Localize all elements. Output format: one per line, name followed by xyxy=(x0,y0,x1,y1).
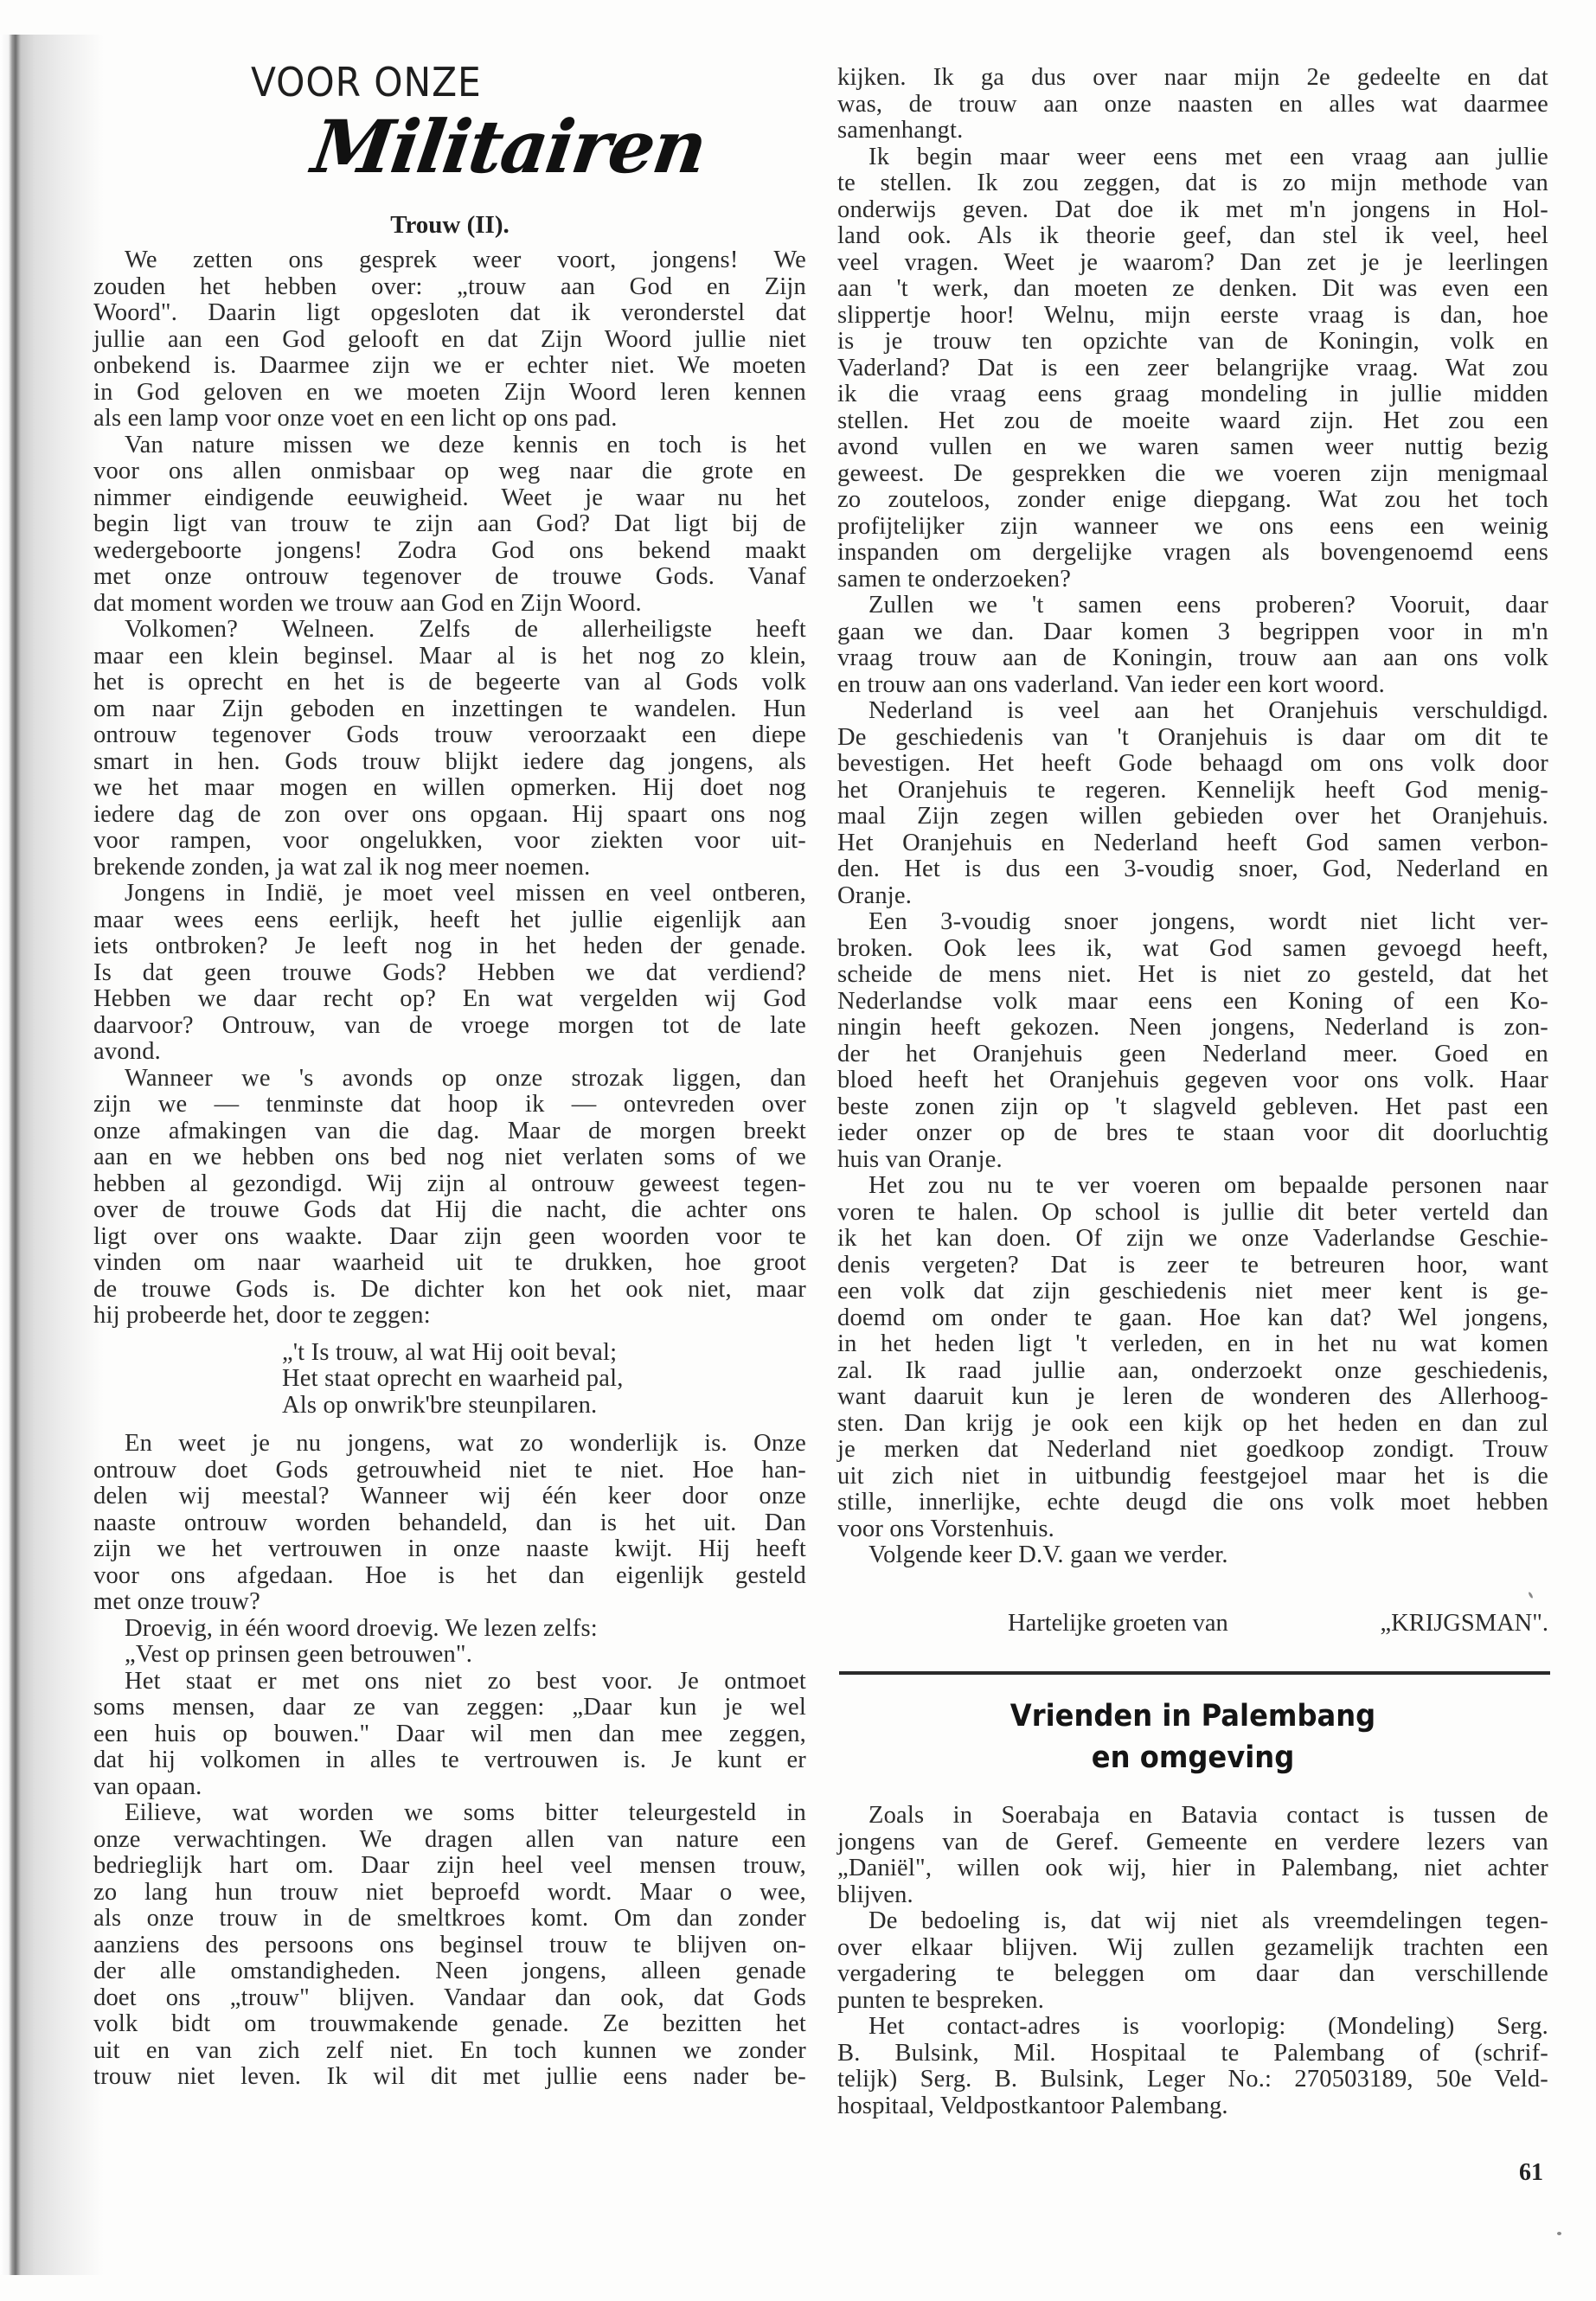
text-line: Wanneer we 's avonds op onze strozak lig… xyxy=(93,1066,806,1093)
poem-line: „'t Is trouw, al wat Hij ooit beval; xyxy=(282,1340,806,1367)
text-line: Zoals in Soerabaja en Batavia contact is… xyxy=(837,1803,1548,1830)
text-line: een huis op bouwen." Daar wil men dan me… xyxy=(93,1721,806,1748)
text-line: Een 3-voudig snoer jongens, wordt niet l… xyxy=(837,909,1548,936)
text-line: zal. Ik raad jullie aan, onderzoekt onze… xyxy=(837,1358,1548,1385)
text-line: veel vragen. Weet je waarom? Dan zet je … xyxy=(837,250,1548,277)
text-line: zo lang hun trouw niet beproefd wordt. M… xyxy=(93,1880,806,1907)
text-line: vraag trouw aan de Koningin, trouw aan a… xyxy=(837,645,1548,672)
text-line: met onze ontrouw tegenover de trouwe God… xyxy=(93,564,806,591)
text-line: het is oprecht en het is de begeerte van… xyxy=(93,670,806,696)
text-line: uit en van zich zelf niet. En toch kunne… xyxy=(93,2038,806,2065)
text-line: ontrouw doet Gods getrouwheid niet te ni… xyxy=(93,1458,806,1484)
text-line: Het contact-adres is voorlopig: (Mondeli… xyxy=(837,2014,1548,2041)
text-line: ik het kan doen. Of zijn we onze Vaderla… xyxy=(837,1226,1548,1253)
text-line: volk bidt om trouwmakende genade. Ze bez… xyxy=(93,2011,806,2038)
text-line: in God geloven en we moeten Zijn Woord l… xyxy=(93,380,806,407)
paragraph: Eilieve, wat worden we soms bitter teleu… xyxy=(93,1800,806,2091)
article-subtitle: Trouw (II). xyxy=(95,211,804,240)
text-line: jullie aan een God gelooft en dat Zijn W… xyxy=(93,327,806,354)
text-line: onbekend is. Daarmee zijn we er echter n… xyxy=(93,353,806,380)
text-line: stellen. Het zou de moeite waard zijn. H… xyxy=(837,408,1548,435)
text-line: ontrouw tegenover Gods trouw veroorzaakt… xyxy=(93,722,806,749)
text-line: de trouwe Gods is. De dichter kon het oo… xyxy=(93,1277,806,1304)
paragraph: Jongens in Indië, je moet veel missen en… xyxy=(93,881,806,1066)
text-line: onderwijs geven. Dat doe ik met m'n jong… xyxy=(837,197,1548,224)
text-line: hij probeerde het, door te zeggen: xyxy=(93,1303,806,1330)
text-line: De bedoeling is, dat wij niet als vreemd… xyxy=(837,1908,1548,1935)
paragraph: Zoals in Soerabaja en Batavia contact is… xyxy=(837,1803,1548,1908)
text-line: wedergeboorte jongens! Zodra God ons bek… xyxy=(93,538,806,565)
text-line: voren te halen. Op school is jullie dit … xyxy=(837,1200,1548,1227)
text-line: soms mensen, daar ze van zeggen: „Daar k… xyxy=(93,1695,806,1721)
text-line: Ik begin maar weer eens met een vraag aa… xyxy=(837,144,1548,171)
text-line: onze verwachtingen. We dragen allen van … xyxy=(93,1827,806,1854)
text-line: hospitaal, Veldpostkantoor Palembang. xyxy=(837,2093,1548,2120)
text-line: brekende zonden, ja wat zal ik nog meer … xyxy=(93,855,806,881)
text-line: „Daniël", willen ook wij, hier in Palemb… xyxy=(837,1856,1548,1882)
text-line: was, de trouw aan onze naasten en alles … xyxy=(837,92,1548,119)
text-line: met onze trouw? xyxy=(93,1589,806,1616)
text-line: zo zouteloos, zonder enige diepgang. Wat… xyxy=(837,487,1548,514)
paragraph: De bedoeling is, dat wij niet als vreemd… xyxy=(837,1908,1548,2014)
paragraph: En weet je nu jongens, wat zo wonderlijk… xyxy=(93,1431,806,1616)
text-line: maar een klein beginsel. Maar al is het … xyxy=(93,644,806,670)
text-line: bedrieglijk hart om. Daar zijn heel veel… xyxy=(93,1853,806,1880)
text-line: denis vergeten? Dat is zeer te betreuren… xyxy=(837,1253,1548,1279)
text-line: maal Zijn zegen willen gebieden over het… xyxy=(837,804,1548,830)
text-line: kijken. Ik ga dus over naar mijn 2e gede… xyxy=(837,65,1548,92)
text-line: bevestigen. Het heeft Gode behaagd om on… xyxy=(837,751,1548,778)
text-line: iets ontbroken? Je leeft nog in het hede… xyxy=(93,933,806,960)
text-line: trouw niet leven. Ik wil dit met jullie … xyxy=(93,2064,806,2091)
text-line: nimmer eindigende eeuwigheid. Weet je wa… xyxy=(93,485,806,512)
text-line: voor ons allen onmisbaar op weg naar die… xyxy=(93,458,806,485)
text-line: der alle omstandigheden. Neen jongens, a… xyxy=(93,1958,806,1985)
text-line: om naar Zijn geboden en inzettingen te w… xyxy=(93,696,806,723)
text-line: het Oranjehuis te regeren. Kennelijk hee… xyxy=(837,778,1548,804)
paragraph: Wanneer we 's avonds op onze strozak lig… xyxy=(93,1066,806,1330)
text-line: vinden om naar waarheid uit te drukken, … xyxy=(93,1250,806,1277)
right-column: kijken. Ik ga dus over naar mijn 2e gede… xyxy=(837,65,1548,1569)
page-number: 61 xyxy=(1519,2159,1543,2187)
paragraph: Ik begin maar weer eens met een vraag aa… xyxy=(837,144,1548,593)
heading-line: en omgeving xyxy=(866,1737,1520,1779)
text-line: inspanden om dergelijke vragen als boven… xyxy=(837,540,1548,567)
text-line: als onze trouw in de smeltkroes komt. Om… xyxy=(93,1906,806,1932)
text-line: uit zich niet in uitbundig feestgejoel m… xyxy=(837,1464,1548,1490)
text-line: een volk dat zijn geschiedenis niet meer… xyxy=(837,1279,1548,1305)
text-line: we het maar mogen en willen opmerken. Hi… xyxy=(93,775,806,802)
text-line: in het heden ligt 't verleden, en in het… xyxy=(837,1331,1548,1358)
text-line: samenhangt. xyxy=(837,118,1548,144)
text-line: profijtelijker zijn wanneer we ons eens … xyxy=(837,514,1548,541)
text-line: zijn we — tenminste dat hoop ik — ontevr… xyxy=(93,1092,806,1118)
text-line: De geschiedenis van 't Oranjehuis is daa… xyxy=(837,725,1548,752)
text-line: Nederland is veel aan het Oranjehuis ver… xyxy=(837,698,1548,725)
text-line: Volkomen? Welneen. Zelfs de allerheiligs… xyxy=(93,617,806,644)
section-title-script: Militairen xyxy=(307,104,711,189)
text-line: begin ligt van trouw te zijn aan God? Da… xyxy=(93,511,806,538)
text-line: sten. Dan krijg je ook een kijk op het h… xyxy=(837,1411,1548,1438)
text-line: voor ons afgedaan. Hoe is het dan eigenl… xyxy=(93,1563,806,1590)
text-line: Jongens in Indië, je moet veel missen en… xyxy=(93,881,806,907)
paragraph: Droevig, in één woord droevig. We lezen … xyxy=(93,1616,806,1669)
text-line: telijk) Serg. B. Bulsink, Leger No.: 270… xyxy=(837,2067,1548,2093)
text-line: dat hij volkomen in alles te vertrouwen … xyxy=(93,1747,806,1774)
text-line: voor ons Vorstenhuis. xyxy=(837,1516,1548,1543)
binding-shadow xyxy=(0,35,104,2275)
signature-greeting: Hartelijke groeten van xyxy=(1008,1611,1228,1638)
text-line: aan 't werk, dan moeten ze denken. Dit w… xyxy=(837,276,1548,303)
text-line: Eilieve, wat worden we soms bitter teleu… xyxy=(93,1800,806,1827)
section-title-prefix: VOOR ONZE xyxy=(251,59,482,106)
text-line: aanziens des persoons ons beginsel trouw… xyxy=(93,1932,806,1959)
text-line: vergadering te beleggen om daar dan vers… xyxy=(837,1961,1548,1988)
section-heading: Vrienden in Palembang en omgeving xyxy=(866,1695,1520,1779)
text-line: Is dat geen trouwe Gods? Hebben we dat v… xyxy=(93,960,806,987)
text-line: van opaan. xyxy=(93,1774,806,1801)
text-line: Hebben we daar recht op? En wat vergelde… xyxy=(93,986,806,1013)
text-line: Vaderland? Dat is een zeer belangrijke v… xyxy=(837,356,1548,382)
text-line: daarvoor? Ontrouw, van de vroege morgen … xyxy=(93,1013,806,1040)
poem-line: Als op onwrik'bre steunpilaren. xyxy=(282,1393,806,1420)
text-line: Oranje. xyxy=(837,883,1548,910)
text-line: maar wees eens eerlijk, heeft het jullie… xyxy=(93,907,806,934)
text-line: broken. Ook lees ik, wat God samen gevoe… xyxy=(837,936,1548,963)
section-divider xyxy=(839,1671,1550,1675)
text-line: Volgende keer D.V. gaan we verder. xyxy=(837,1542,1548,1569)
text-line: naaste ontrouw worden behandeld, dan is … xyxy=(93,1510,806,1537)
left-column: We zetten ons gesprek weer voort, jongen… xyxy=(93,247,806,2091)
magazine-page: VOOR ONZE Militairen Trouw (II). We zett… xyxy=(0,0,1596,2301)
text-line: Het zou nu te ver voeren om bepaalde per… xyxy=(837,1173,1548,1200)
paragraph: Het staat er met ons niet zo best voor. … xyxy=(93,1669,806,1801)
text-line: samen te onderzoeken? xyxy=(837,567,1548,593)
text-line: hebben al gezondigd. Wij zijn al ontrouw… xyxy=(93,1171,806,1198)
text-line: onze afmakingen van die dag. Maar de mor… xyxy=(93,1118,806,1145)
signature-author: „KRIJGSMAN". xyxy=(1380,1611,1548,1638)
text-line: doet ons „trouw" blijven. Vandaar dan oo… xyxy=(93,1985,806,2012)
text-line: der het Oranjehuis geen Nederland meer. … xyxy=(837,1042,1548,1068)
text-line: avond. xyxy=(93,1039,806,1066)
text-line: We zetten ons gesprek weer voort, jongen… xyxy=(93,247,806,274)
text-line: Het staat er met ons niet zo best voor. … xyxy=(93,1669,806,1695)
text-line: B. Bulsink, Mil. Hospitaal te Palembang … xyxy=(837,2041,1548,2067)
text-line: blijven. xyxy=(837,1882,1548,1909)
poem-line: Het staat oprecht en waarheid pal, xyxy=(282,1366,806,1393)
text-line: over elkaar blijven. Wij zullen gezameli… xyxy=(837,1935,1548,1962)
text-line: geweest. De gesprekken die we voeren zij… xyxy=(837,461,1548,488)
text-line: Droevig, in één woord droevig. We lezen … xyxy=(93,1616,806,1643)
text-line: is je trouw ten opzichte van de Koningin… xyxy=(837,329,1548,356)
text-line: voor rampen, voor ongelukken, voor ziekt… xyxy=(93,828,806,855)
text-line: scheide de mens niet. Het is niet zo ges… xyxy=(837,962,1548,989)
right-column-section2: Zoals in Soerabaja en Batavia contact is… xyxy=(837,1803,1548,2119)
paragraph: Volkomen? Welneen. Zelfs de allerheiligs… xyxy=(93,617,806,881)
text-line: En weet je nu jongens, wat zo wonderlijk… xyxy=(93,1431,806,1458)
text-line: doemd om onder te gaan. Hoe kan dat? Wel… xyxy=(837,1305,1548,1332)
paragraph: kijken. Ik ga dus over naar mijn 2e gede… xyxy=(837,65,1548,144)
text-line: aan en we hebben ons bed nog niet verlat… xyxy=(93,1144,806,1171)
text-line: ieder onzer op de bres te staan voor dit… xyxy=(837,1120,1548,1147)
text-line: delen wij meestal? Wanneer wij één keer … xyxy=(93,1484,806,1510)
text-line: iedere dag de zon over ons opgaan. Hij s… xyxy=(93,802,806,829)
text-line: Het Oranjehuis en Nederland heeft God sa… xyxy=(837,830,1548,857)
text-line: ligt over ons waakte. Daar zijn geen woo… xyxy=(93,1224,806,1251)
text-line: dat moment worden we trouw aan God en Zi… xyxy=(93,591,806,618)
text-line: en trouw aan ons vaderland. Van ieder ee… xyxy=(837,672,1548,699)
text-line: punten te bespreken. xyxy=(837,1988,1548,2015)
text-line: zijn we het vertrouwen in onze naaste kw… xyxy=(93,1536,806,1563)
text-line: slippertje hoor! Welnu, mijn eerste vraa… xyxy=(837,303,1548,330)
text-line: Van nature missen we deze kennis en toch… xyxy=(93,433,806,459)
paragraph: Zullen we 't samen eens proberen? Voorui… xyxy=(837,593,1548,698)
text-line: Nederlandse volk maar eens een Koning of… xyxy=(837,989,1548,1016)
text-line: te stellen. Ik zou zeggen, dat is zo mij… xyxy=(837,170,1548,197)
text-line: je merken dat Nederland niet goedkoop zo… xyxy=(837,1437,1548,1464)
text-line: want daaruit kun je leren de wonderen de… xyxy=(837,1384,1548,1411)
text-line: Zullen we 't samen eens proberen? Voorui… xyxy=(837,593,1548,619)
paragraph: Van nature missen we deze kennis en toch… xyxy=(93,433,806,618)
text-line: ningin heeft gekozen. Neen jongens, Nede… xyxy=(837,1015,1548,1042)
text-line: land ook. Als ik theorie geef, dan stel … xyxy=(837,223,1548,250)
text-line: beste zonen zijn op 't slagveld gebleven… xyxy=(837,1094,1548,1121)
text-line: jongens van de Geref. Gemeente en verder… xyxy=(837,1830,1548,1856)
text-line: bloed heeft het Oranjehuis gegeven voor … xyxy=(837,1067,1548,1094)
paragraph: Een 3-voudig snoer jongens, wordt niet l… xyxy=(837,909,1548,1173)
text-line: smart in hen. Gods trouw blijkt iedere d… xyxy=(93,749,806,776)
print-speck xyxy=(1557,2232,1561,2235)
print-speck xyxy=(1528,1592,1534,1599)
paragraph: Volgende keer D.V. gaan we verder. xyxy=(837,1542,1548,1569)
text-line: huis van Oranje. xyxy=(837,1147,1548,1174)
paragraph: Het zou nu te ver voeren om bepaalde per… xyxy=(837,1173,1548,1542)
text-line: stille, innerlijke, echte deugd die ons … xyxy=(837,1490,1548,1516)
heading-line: Vrienden in Palembang xyxy=(866,1695,1520,1737)
poem-quote: „'t Is trouw, al wat Hij ooit beval; Het… xyxy=(93,1340,806,1420)
text-line: Woord". Daarin ligt opgesloten dat ik ve… xyxy=(93,300,806,327)
text-line: als een lamp voor onze voet en een licht… xyxy=(93,406,806,433)
paragraph: Het contact-adres is voorlopig: (Mondeli… xyxy=(837,2014,1548,2119)
text-line: over de trouwe Gods dat Hij die nacht, d… xyxy=(93,1197,806,1224)
paragraph: We zetten ons gesprek weer voort, jongen… xyxy=(93,247,806,433)
text-line: den. Het is dus een 3-voudig snoer, God,… xyxy=(837,856,1548,883)
text-line: „Vest op prinsen geen betrouwen". xyxy=(93,1642,806,1669)
text-line: gaan we dan. Daar komen 3 begrippen voor… xyxy=(837,619,1548,646)
text-line: zouden het hebben over: „trouw aan God e… xyxy=(93,274,806,301)
paragraph: Nederland is veel aan het Oranjehuis ver… xyxy=(837,698,1548,909)
text-line: avond vullen en we waren samen weer nutt… xyxy=(837,434,1548,461)
text-line: ik die vraag eens graag mondeling in jul… xyxy=(837,381,1548,408)
